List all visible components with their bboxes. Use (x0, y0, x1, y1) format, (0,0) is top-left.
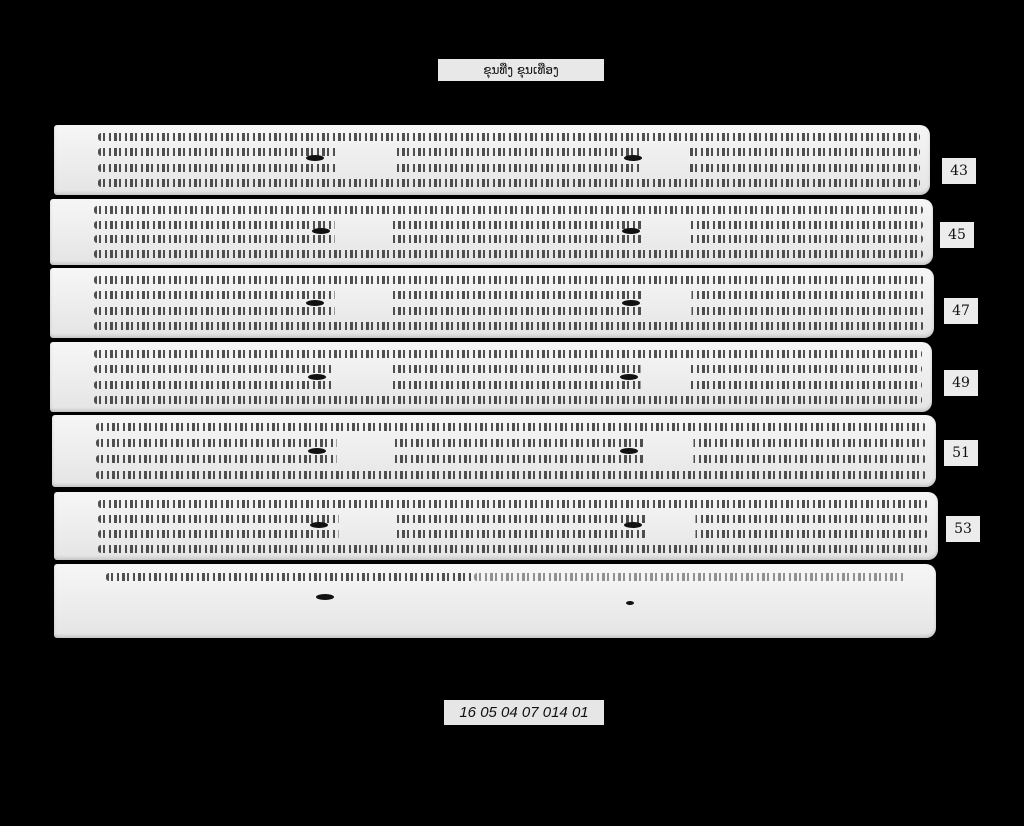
palm-leaf-49 (50, 342, 932, 412)
binding-hole-right (622, 228, 640, 234)
palm-leaf-47 (50, 268, 934, 338)
palm-leaf-45 (50, 199, 933, 265)
manuscript-text (98, 129, 920, 191)
leaf-page-number: 47 (944, 298, 978, 324)
binding-hole-right (624, 155, 642, 161)
manuscript-text (94, 346, 922, 408)
palm-leaf-53 (54, 492, 938, 560)
binding-hole-right (624, 522, 642, 528)
binding-hole-left (306, 155, 324, 161)
binding-hole-right (626, 601, 634, 605)
leaf-page-number: 51 (944, 440, 978, 466)
palm-leaf-final (54, 564, 936, 638)
binding-hole-left (312, 228, 330, 234)
binding-hole-right (620, 374, 638, 380)
leaf-page-number: 49 (944, 370, 978, 396)
manuscript-text (98, 496, 928, 556)
manuscript-text (96, 419, 926, 483)
manuscript-text (94, 272, 924, 334)
binding-hole-left (306, 300, 324, 306)
binding-hole-left (308, 374, 326, 380)
palm-leaf-43 (54, 125, 930, 195)
catalog-id-label: 16 05 04 07 014 01 (444, 700, 604, 725)
manuscript-title-label: ຂຸນທືງ ຂຸນເທືອງ (438, 59, 604, 81)
leaf-page-number: 45 (940, 222, 974, 248)
manuscript-text (94, 203, 923, 261)
leaf-page-number: 43 (942, 158, 976, 184)
binding-hole-left (308, 448, 326, 454)
binding-hole-left (316, 594, 334, 600)
binding-hole-right (622, 300, 640, 306)
binding-hole-left (310, 522, 328, 528)
binding-hole-right (620, 448, 638, 454)
palm-leaf-51 (52, 415, 936, 487)
leaf-page-number: 53 (946, 516, 980, 542)
